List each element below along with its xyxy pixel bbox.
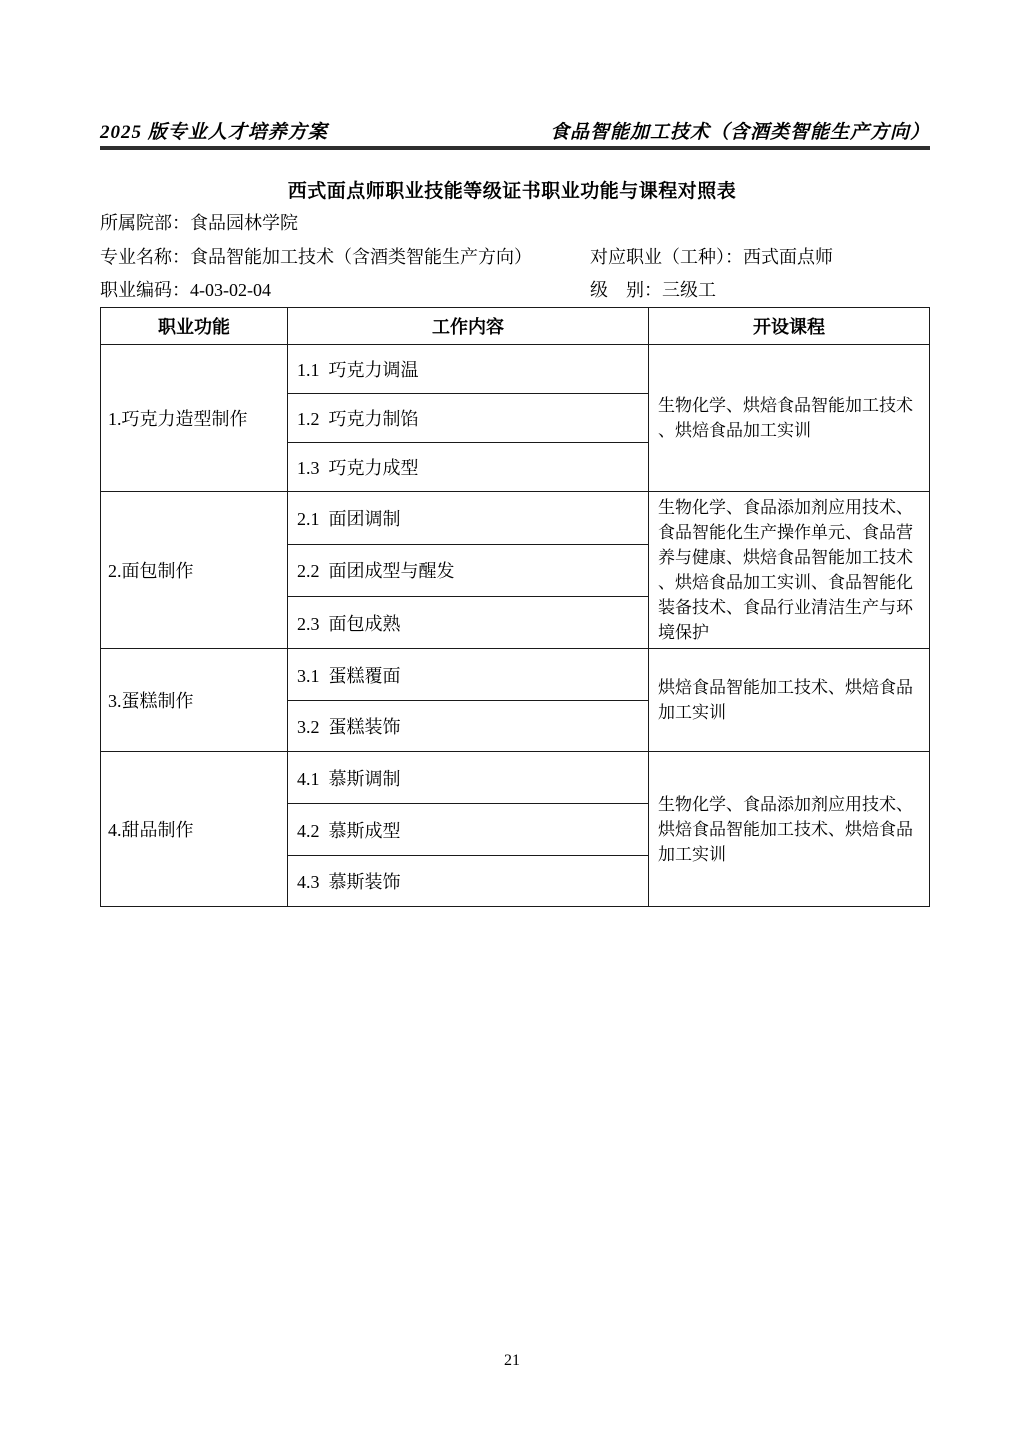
col-header-work-content: 工作内容	[288, 308, 649, 345]
col-header-courses: 开设课程	[649, 308, 930, 345]
course-cell-2: 生物化学、食品添加剂应用技术、食品智能化生产操作单元、食品营养与健康、烘焙食品智…	[649, 492, 930, 649]
task-cell-4-3: 4.3 慕斯装饰	[288, 856, 649, 907]
running-header: 2025 版专业人才培养方案 食品智能加工技术（含酒类智能生产方向）	[100, 117, 930, 144]
course-cell-3: 烘焙食品智能加工技术、烘焙食品加工实训	[649, 649, 930, 752]
table-row: 4.甜品制作 4.1 慕斯调制 生物化学、食品添加剂应用技术、烘焙食品智能加工技…	[101, 752, 930, 804]
task-cell-4-1: 4.1 慕斯调制	[288, 752, 649, 804]
document-title: 西式面点师职业技能等级证书职业功能与课程对照表	[0, 176, 1024, 203]
task-cell-2-3: 2.3 面包成熟	[288, 597, 649, 649]
course-cell-1: 生物化学、烘焙食品智能加工技术、烘焙食品加工实训	[649, 345, 930, 492]
task-cell-1-3: 1.3 巧克力成型	[288, 443, 649, 492]
task-cell-4-2: 4.2 慕斯成型	[288, 804, 649, 856]
meta-department: 所属院部：食品园林学院	[100, 212, 298, 234]
task-cell-2-1: 2.1 面团调制	[288, 492, 649, 545]
table-row: 3.蛋糕制作 3.1 蛋糕覆面 烘焙食品智能加工技术、烘焙食品加工实训	[101, 649, 930, 701]
function-cell-4: 4.甜品制作	[101, 752, 288, 907]
running-header-left: 2025 版专业人才培养方案	[100, 117, 328, 144]
page-number: 21	[0, 1352, 1024, 1370]
task-cell-1-1: 1.1 巧克力调温	[288, 345, 649, 394]
meta-occupation: 对应职业（工种）：西式面点师	[590, 246, 833, 268]
meta-major: 专业名称：食品智能加工技术（含酒类智能生产方向）	[100, 246, 532, 268]
task-cell-1-2: 1.2 巧克力制馅	[288, 394, 649, 443]
col-header-function: 职业功能	[101, 308, 288, 345]
meta-level: 级 别：三级工	[590, 279, 716, 301]
table-row: 2.面包制作 2.1 面团调制 生物化学、食品添加剂应用技术、食品智能化生产操作…	[101, 492, 930, 545]
table-row: 1.巧克力造型制作 1.1 巧克力调温 生物化学、烘焙食品智能加工技术、烘焙食品…	[101, 345, 930, 394]
task-cell-3-1: 3.1 蛋糕覆面	[288, 649, 649, 701]
task-cell-3-2: 3.2 蛋糕装饰	[288, 701, 649, 752]
function-cell-3: 3.蛋糕制作	[101, 649, 288, 752]
document-page: 2025 版专业人才培养方案 食品智能加工技术（含酒类智能生产方向） 西式面点师…	[0, 0, 1024, 1448]
function-cell-1: 1.巧克力造型制作	[101, 345, 288, 492]
meta-code: 职业编码：4-03-02-04	[100, 279, 271, 301]
running-header-right: 食品智能加工技术（含酒类智能生产方向）	[550, 117, 930, 144]
header-double-rule	[100, 146, 930, 150]
table-header-row: 职业功能 工作内容 开设课程	[101, 308, 930, 345]
function-cell-2: 2.面包制作	[101, 492, 288, 649]
task-cell-2-2: 2.2 面团成型与醒发	[288, 544, 649, 597]
function-course-mapping-table: 职业功能 工作内容 开设课程 1.巧克力造型制作 1.1 巧克力调温 生物化学、…	[100, 307, 930, 907]
course-cell-4: 生物化学、食品添加剂应用技术、烘焙食品智能加工技术、烘焙食品加工实训	[649, 752, 930, 907]
